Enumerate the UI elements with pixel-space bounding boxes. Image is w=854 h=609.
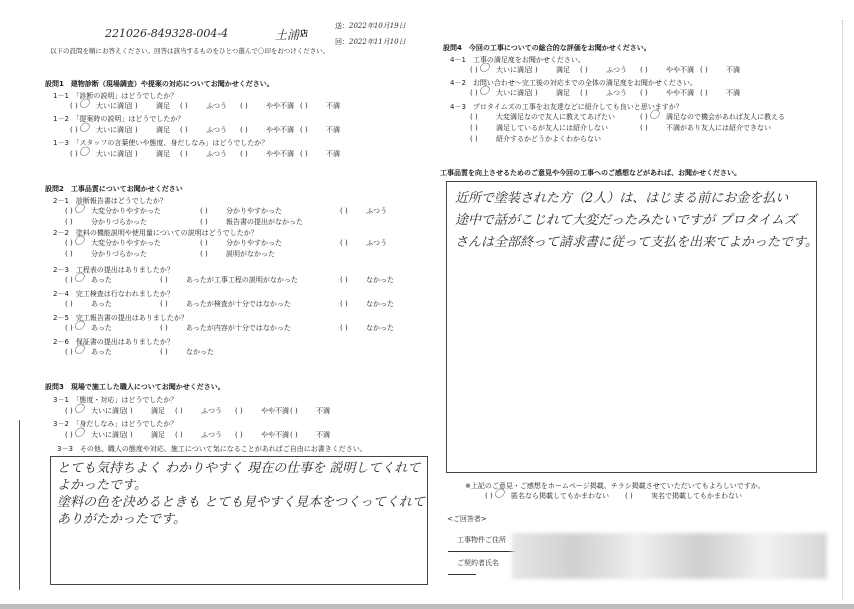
circle-mark-icon: 〇: [649, 111, 659, 120]
circle-mark-icon: 〇: [79, 148, 89, 157]
choice-option[interactable]: ( )大変満足なので友人に教えてあげたい: [470, 113, 615, 122]
scan-bottom-edge: [0, 604, 854, 609]
choice-bracket[interactable]: ( ): [65, 300, 91, 309]
received-date: 回：2022年11月10日: [335, 38, 406, 47]
question-label: 2－6 保証書の提出はありましたか？: [53, 338, 174, 347]
choice-option[interactable]: ( )やや不満: [240, 126, 294, 135]
choice-label: 匿名なら掲載してもかまわない: [511, 492, 609, 500]
handwritten-line: ありがたかったです。: [57, 511, 421, 528]
choice-option[interactable]: ( )なかった: [160, 348, 214, 357]
choice-label: 満足なので機会があれば友人に教える: [666, 113, 785, 121]
choice-label: 分かりづらかった: [91, 250, 147, 258]
choice-option[interactable]: ( )不満があり友人には紹介できない: [640, 124, 771, 133]
choice-bracket[interactable]: ( )〇: [70, 102, 96, 111]
choice-option[interactable]: ( )ふつう: [180, 150, 227, 159]
choice-label: 大変分かりやすかった: [91, 239, 161, 247]
choice-bracket[interactable]: ( )〇: [70, 126, 96, 135]
choice-label: 分かりやすかった: [226, 239, 282, 247]
choice-label: ふつう: [206, 126, 227, 134]
choice-bracket[interactable]: ( ): [470, 113, 496, 122]
choice-bracket[interactable]: ( ): [130, 102, 156, 111]
choice-option[interactable]: ( )あったが検査が十分ではなかった: [160, 300, 291, 309]
choice-option[interactable]: ( )ふつう: [175, 431, 222, 440]
choice-label: あったが内容が十分ではなかった: [186, 324, 291, 332]
choice-label: やや不満: [261, 407, 289, 415]
choice-option[interactable]: ( )ふつう: [580, 66, 627, 75]
choice-option[interactable]: ( )分かりづらかった: [65, 250, 147, 259]
feedback-text: 近所で塗装された方（2人）は、はじまる前にお金を払い途中で話がこじれて大変だった…: [447, 182, 816, 260]
choice-bracket[interactable]: ( )〇: [65, 239, 91, 248]
choice-bracket[interactable]: ( ): [65, 250, 91, 259]
circle-mark-icon: 〇: [79, 100, 89, 109]
choice-bracket[interactable]: ( ): [340, 276, 366, 285]
question-label: 2－4 完工検査は行なわれましたか？: [53, 290, 174, 299]
choice-bracket[interactable]: ( ): [290, 431, 316, 440]
question-label: 1－1 「診断の説明」はどうでしたか？: [53, 92, 177, 101]
choice-label: あった: [91, 300, 112, 308]
question-label: 4－1 工事の満足度をお聞かせください。: [450, 56, 585, 65]
choice-option[interactable]: ( )やや不満: [640, 66, 694, 75]
choice-bracket[interactable]: ( ): [340, 207, 366, 216]
choice-bracket[interactable]: ( ): [640, 66, 666, 75]
circle-mark-icon: 〇: [74, 205, 84, 214]
choice-option[interactable]: ( )説明がなかった: [200, 250, 275, 259]
feedback-label: 工事品質を向上させるためのご意見や今回の工事へのご感想などがあれば、お聞かせくだ…: [440, 169, 741, 178]
choice-label: 満足: [156, 102, 170, 110]
choice-option[interactable]: ( )分かりやすかった: [200, 207, 282, 216]
choice-bracket[interactable]: ( )〇: [640, 113, 666, 122]
choice-bracket[interactable]: ( ): [65, 218, 91, 227]
choice-option[interactable]: ( )分かりやすかった: [200, 239, 282, 248]
choice-bracket[interactable]: ( )〇: [65, 207, 91, 216]
choice-option[interactable]: ( )実名で掲載してもかまわない: [625, 492, 742, 501]
choice-bracket[interactable]: ( )〇: [470, 89, 496, 98]
choice-option[interactable]: ( )不満: [300, 126, 340, 135]
choice-option[interactable]: ( )〇あった: [65, 348, 112, 357]
choice-label: あったが検査が十分ではなかった: [186, 300, 291, 308]
choice-label: 大いに満足: [496, 66, 531, 74]
choice-label: ふつう: [206, 102, 227, 110]
choice-label: 報告書の提出がなかった: [226, 218, 303, 226]
choice-option[interactable]: ( )ふつう: [175, 407, 222, 416]
choice-label: あったが工事工程の説明がなかった: [186, 276, 298, 284]
choice-bracket[interactable]: ( )〇: [65, 431, 91, 440]
choice-option[interactable]: ( )不満: [300, 102, 340, 111]
handwritten-line: さんは全部終って請求書に従って支払を出来てよかったです。: [455, 232, 808, 254]
choice-option[interactable]: ( )満足: [530, 89, 570, 98]
choice-option[interactable]: ( )満足しているが友人には紹介しない: [470, 124, 608, 133]
choice-bracket[interactable]: ( ): [180, 150, 206, 159]
choice-option[interactable]: ( )〇大いに満足: [65, 431, 126, 440]
choice-bracket[interactable]: ( ): [160, 324, 186, 333]
choice-label: 不満: [326, 126, 340, 134]
circle-mark-icon: 〇: [74, 405, 84, 414]
choice-label: やや不満: [266, 126, 294, 134]
choice-option[interactable]: ( )〇満足なので機会があれば友人に教える: [640, 113, 785, 122]
choice-bracket[interactable]: ( ): [200, 207, 226, 216]
choice-label: やや不満: [266, 150, 294, 158]
choice-label: 満足: [556, 89, 570, 97]
question-label: 1－2 「提案時の説明」はどうでしたか？: [53, 115, 184, 124]
choice-label: 満足: [151, 431, 165, 439]
choice-option[interactable]: ( )分かりづらかった: [65, 218, 147, 227]
question-label: 2－1 診断報告書はどうでしたか？: [53, 197, 167, 206]
choice-bracket[interactable]: ( )〇: [65, 324, 91, 333]
choice-label: やや不満: [666, 66, 694, 74]
choice-bracket[interactable]: ( ): [200, 239, 226, 248]
choice-option[interactable]: ( )不満: [290, 431, 330, 440]
choice-option[interactable]: ( )〇匿名なら掲載してもかまわない: [485, 492, 609, 501]
circle-mark-icon: 〇: [79, 124, 89, 133]
circle-mark-icon: 〇: [74, 237, 84, 246]
choice-bracket[interactable]: ( ): [290, 407, 316, 416]
choice-bracket[interactable]: ( ): [340, 324, 366, 333]
choice-bracket[interactable]: ( )〇: [65, 348, 91, 357]
choice-label: 不満: [316, 431, 330, 439]
choice-label: 満足しているが友人には紹介しない: [496, 124, 608, 132]
choice-label: 分かりづらかった: [91, 218, 147, 226]
choice-label: やや不満: [261, 431, 289, 439]
choice-label: やや不満: [666, 89, 694, 97]
scan-edge-left: [19, 420, 20, 590]
choice-label: 分かりやすかった: [226, 207, 282, 215]
choice-label: 不満: [326, 150, 340, 158]
choice-label: ふつう: [606, 89, 627, 97]
address-underline: [448, 551, 520, 552]
choice-option[interactable]: ( )〇大いに満足: [470, 89, 531, 98]
choice-bracket[interactable]: ( ): [340, 239, 366, 248]
choice-option[interactable]: ( )なかった: [340, 300, 394, 309]
q4-title: 設問4 今回の工事についての総合的な評価をお聞かせください。: [443, 44, 651, 53]
choice-label: 満足: [556, 66, 570, 74]
choice-label: あった: [91, 324, 112, 332]
respondent-heading: <ご回答者>: [447, 515, 487, 524]
choice-bracket[interactable]: ( ): [700, 89, 726, 98]
choice-option[interactable]: ( )〇大いに満足: [70, 102, 131, 111]
choice-bracket[interactable]: ( ): [470, 135, 496, 144]
choice-bracket[interactable]: ( ): [130, 150, 156, 159]
handwritten-line: よかったです。: [57, 477, 421, 494]
choice-bracket[interactable]: ( )〇: [65, 407, 91, 416]
choice-option[interactable]: ( )ふつう: [580, 89, 627, 98]
q2-title: 設問2 工事品質についてお聞かせください: [45, 185, 183, 194]
scan-edge: [842, 20, 843, 600]
choice-bracket[interactable]: ( ): [300, 102, 326, 111]
choice-bracket[interactable]: ( ): [235, 407, 261, 416]
circle-mark-icon: 〇: [74, 346, 84, 355]
handwritten-line: 近所で塗装された方（2人）は、はじまる前にお金を払い: [455, 188, 808, 210]
q1-title: 設問1 建物診断（現場調査）や提案の対応についてお聞かせください。: [45, 80, 274, 89]
choice-bracket[interactable]: ( )〇: [65, 276, 91, 285]
choice-bracket[interactable]: ( ): [640, 89, 666, 98]
choice-label: 大いに満足: [91, 407, 126, 415]
choice-option[interactable]: ( )不満: [700, 89, 740, 98]
choice-label: 不満: [726, 66, 740, 74]
choice-label: ふつう: [606, 66, 627, 74]
store-suffix: 店: [300, 29, 308, 38]
choice-bracket[interactable]: ( ): [160, 348, 186, 357]
choice-option[interactable]: ( )なかった: [340, 324, 394, 333]
choice-label: 紹介するかどうかよくわからない: [496, 135, 601, 143]
choice-option[interactable]: ( )なかった: [340, 276, 394, 285]
choice-bracket[interactable]: ( ): [625, 492, 651, 501]
choice-bracket[interactable]: ( )〇: [485, 492, 511, 501]
choice-label: 大いに満足: [96, 102, 131, 110]
choice-label: 不満: [326, 102, 340, 110]
choice-option[interactable]: ( )〇大いに満足: [65, 407, 126, 416]
choice-option[interactable]: ( )満足: [125, 407, 165, 416]
choice-label: 説明がなかった: [226, 250, 275, 258]
choice-option[interactable]: ( )満足: [130, 102, 170, 111]
choice-option[interactable]: ( )〇大変分かりやすかった: [65, 207, 161, 216]
choice-label: あった: [91, 276, 112, 284]
choice-option[interactable]: ( )ふつう: [180, 102, 227, 111]
question-label: 4－3 プロタイムズの工事をお友達などに紹介しても良いと思いますか？: [450, 103, 683, 112]
q3-free-text: とても気持ちよく わかりやすく 現在の仕事を 説明してくれてよかったです。塗料の…: [51, 457, 427, 531]
handwritten-line: とても気持ちよく わかりやすく 現在の仕事を 説明してくれて: [57, 460, 421, 477]
choice-option[interactable]: ( )あった: [65, 300, 112, 309]
choice-bracket[interactable]: ( ): [530, 89, 556, 98]
choice-bracket[interactable]: ( ): [160, 300, 186, 309]
address-label: 工事物件ご住所: [457, 536, 506, 545]
choice-bracket[interactable]: ( ): [180, 126, 206, 135]
choice-bracket[interactable]: ( ): [160, 276, 186, 285]
choice-label: 大変分かりやすかった: [91, 207, 161, 215]
choice-option[interactable]: ( )ふつう: [340, 207, 387, 216]
choice-bracket[interactable]: ( ): [240, 102, 266, 111]
choice-label: なかった: [366, 276, 394, 284]
choice-option[interactable]: ( )あったが工事工程の説明がなかった: [160, 276, 298, 285]
choice-label: ふつう: [201, 407, 222, 415]
choice-bracket[interactable]: ( ): [530, 66, 556, 75]
choice-bracket[interactable]: ( ): [175, 431, 201, 440]
choice-bracket[interactable]: ( ): [180, 102, 206, 111]
choice-label: 大変満足なので友人に教えてあげたい: [496, 113, 615, 121]
choice-label: 不満があり友人には紹介できない: [666, 124, 771, 132]
choice-option[interactable]: ( )満足: [530, 66, 570, 75]
instructions: 以下の設問を順にお答えください。回答は該当するものをひとつ選んで〇印をおつけくだ…: [50, 47, 329, 56]
choice-bracket[interactable]: ( )〇: [70, 150, 96, 159]
choice-option[interactable]: ( )ふつう: [340, 239, 387, 248]
redacted-respondent-info: [512, 533, 827, 579]
handwritten-line: 途中で話がこじれて大変だったみたいですが プロタイムズ: [455, 210, 808, 232]
choice-option[interactable]: ( )〇大いに満足: [470, 66, 531, 75]
choice-bracket[interactable]: ( ): [175, 407, 201, 416]
choice-option[interactable]: ( )報告書の提出がなかった: [200, 218, 303, 227]
choice-bracket[interactable]: ( ): [340, 300, 366, 309]
choice-label: 不満: [726, 89, 740, 97]
circle-mark-icon: 〇: [74, 274, 84, 283]
choice-label: なかった: [186, 348, 214, 356]
question-label: 3－1 「態度・対応」はどうでしたか？: [53, 396, 177, 405]
q3-title: 設問3 現場で施工した職人についてお聞かせください。: [45, 383, 225, 392]
choice-option[interactable]: ( )〇あった: [65, 276, 112, 285]
choice-label: なかった: [366, 324, 394, 332]
choice-bracket[interactable]: ( ): [640, 124, 666, 133]
name-underline: [448, 574, 476, 575]
choice-bracket[interactable]: ( ): [125, 407, 151, 416]
choice-option[interactable]: ( )ふつう: [180, 126, 227, 135]
choice-bracket[interactable]: ( ): [580, 89, 606, 98]
choice-option[interactable]: ( )やや不満: [235, 431, 289, 440]
choice-label: 実名で掲載してもかまわない: [651, 492, 742, 500]
name-label: ご契約者氏名: [457, 559, 499, 568]
choice-label: ふつう: [201, 431, 222, 439]
choice-option[interactable]: ( )〇大変分かりやすかった: [65, 239, 161, 248]
q3-free-text-box[interactable]: とても気持ちよく わかりやすく 現在の仕事を 説明してくれてよかったです。塗料の…: [50, 456, 428, 585]
choice-label: 満足: [156, 126, 170, 134]
circle-mark-icon: 〇: [74, 429, 84, 438]
choice-bracket[interactable]: ( ): [700, 66, 726, 75]
choice-option[interactable]: ( )満足: [125, 431, 165, 440]
circle-mark-icon: 〇: [479, 87, 489, 96]
choice-bracket[interactable]: ( ): [130, 126, 156, 135]
q3-free-label: 3－3 その他、職人の態度や対応、施工について気になることがあればご自由にお書き…: [57, 445, 367, 454]
choice-option[interactable]: ( )〇大いに満足: [70, 126, 131, 135]
circle-mark-icon: 〇: [479, 64, 489, 73]
choice-option[interactable]: ( )〇あった: [65, 324, 112, 333]
choice-bracket[interactable]: ( ): [200, 250, 226, 259]
choice-bracket[interactable]: ( ): [200, 218, 226, 227]
choice-option[interactable]: ( )不満: [700, 66, 740, 75]
choice-bracket[interactable]: ( ): [235, 431, 261, 440]
choice-bracket[interactable]: ( ): [125, 431, 151, 440]
choice-bracket[interactable]: ( ): [240, 126, 266, 135]
choice-bracket[interactable]: ( ): [580, 66, 606, 75]
choice-option[interactable]: ( )やや不満: [240, 102, 294, 111]
form-id: 221026-849328-004-4: [105, 27, 228, 40]
choice-label: ふつう: [206, 150, 227, 158]
circle-mark-icon: 〇: [74, 322, 84, 331]
choice-label: 不満: [316, 407, 330, 415]
choice-option[interactable]: ( )満足: [130, 126, 170, 135]
choice-label: ふつう: [366, 239, 387, 247]
choice-label: 大いに満足: [91, 431, 126, 439]
choice-option[interactable]: ( )〇大いに満足: [70, 150, 131, 159]
question-label: 3－2 「身だしなみ」はどうでしたか？: [53, 420, 177, 429]
choice-label: なかった: [366, 300, 394, 308]
choice-option[interactable]: ( )不満: [300, 150, 340, 159]
choice-label: 満足: [151, 407, 165, 415]
choice-bracket[interactable]: ( ): [470, 124, 496, 133]
choice-option[interactable]: ( )やや不満: [240, 150, 294, 159]
handwritten-line: 塗料の色を決めるときも とても見やすく見本をつくってくれて: [57, 494, 421, 511]
choice-bracket[interactable]: ( ): [300, 150, 326, 159]
feedback-text-box[interactable]: 近所で塗装された方（2人）は、はじまる前にお金を払い途中で話がこじれて大変だった…: [446, 181, 817, 473]
sent-date: 送：2022年10月19日: [335, 22, 406, 31]
choice-option[interactable]: ( )やや不満: [640, 89, 694, 98]
circle-mark-icon: 〇: [494, 490, 504, 499]
choice-bracket[interactable]: ( )〇: [470, 66, 496, 75]
choice-label: やや不満: [266, 102, 294, 110]
question-label: 2－3 工程表の提出はありましたか？: [53, 266, 174, 275]
choice-label: あった: [91, 348, 112, 356]
publish-question: ※上記のご意見・ご感想をホームページ掲載、チラシ掲載させていただいてもよろしいで…: [465, 482, 765, 491]
choice-option[interactable]: ( )紹介するかどうかよくわからない: [470, 135, 601, 144]
choice-option[interactable]: ( )不満: [290, 407, 330, 416]
store-name: 土浦: [275, 26, 299, 43]
choice-option[interactable]: ( )やや不満: [235, 407, 289, 416]
choice-option[interactable]: ( )あったが内容が十分ではなかった: [160, 324, 291, 333]
choice-label: ふつう: [366, 207, 387, 215]
choice-label: 大いに満足: [496, 89, 531, 97]
choice-label: 満足: [156, 150, 170, 158]
choice-label: 大いに満足: [96, 126, 131, 134]
choice-option[interactable]: ( )満足: [130, 150, 170, 159]
choice-label: 大いに満足: [96, 150, 131, 158]
choice-bracket[interactable]: ( ): [300, 126, 326, 135]
choice-bracket[interactable]: ( ): [240, 150, 266, 159]
